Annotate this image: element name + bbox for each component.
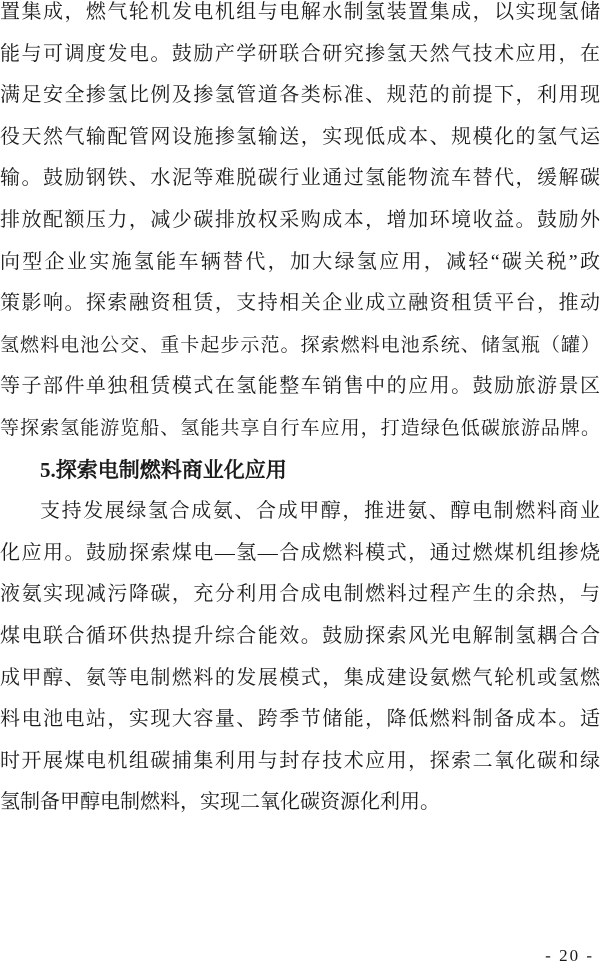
text-line: 策影响。探索融资租赁，支持相关企业成立融资租赁平台，推动 [0, 283, 600, 325]
text-line: 等子部件单独租赁模式在氢能整车销售中的应用。鼓励旅游景区 [0, 366, 600, 408]
text-line: 排放配额压力，减少碳排放权采购成本，增加环境收益。鼓励外 [0, 200, 600, 242]
page-number: - 20 - [545, 946, 594, 966]
text-line: 氢燃料电池公交、重卡起步示范。探索燃料电池系统、储氢瓶（罐） [0, 325, 600, 367]
text-line: 置集成，燃气轮机发电机组与电解水制氢装置集成，以实现氢储 [0, 0, 600, 34]
text-line: 煤电联合循环供热提升综合能效。鼓励探索风光电解制氢耦合合 [0, 616, 600, 658]
document-text-block: 置集成，燃气轮机发电机组与电解水制氢装置集成，以实现氢储 能与可调度发电。鼓励产… [0, 0, 600, 824]
text-line: 役天然气输配管网设施掺氢输送，实现低成本、规模化的氢气运 [0, 117, 600, 159]
text-line: 成甲醇、氨等电制燃料的发展模式，集成建设氨燃气轮机或氢燃 [0, 658, 600, 700]
text-line: 料电池电站，实现大容量、跨季节储能，降低燃料制备成本。适 [0, 699, 600, 741]
text-line: 向型企业实施氢能车辆替代，加大绿氢应用，减轻“碳关税”政 [0, 242, 600, 284]
text-line: 氢制备甲醇电制燃料，实现二氧化碳资源化利用。 [0, 782, 600, 824]
text-line: 输。鼓励钢铁、水泥等难脱碳行业通过氢能物流车替代，缓解碳 [0, 158, 600, 200]
text-line: 能与可调度发电。鼓励产学研联合研究掺氢天然气技术应用，在 [0, 34, 600, 76]
document-page: 置集成，燃气轮机发电机组与电解水制氢装置集成，以实现氢储 能与可调度发电。鼓励产… [0, 0, 600, 971]
text-line: 化应用。鼓励探索煤电—氢—合成燃料模式，通过燃煤机组掺烧 [0, 533, 600, 575]
text-line: 等探索氢能游览船、氢能共享自行车应用，打造绿色低碳旅游品牌。 [0, 408, 600, 450]
text-line: 时开展煤电机组碳捕集利用与封存技术应用，探索二氧化碳和绿 [0, 741, 600, 783]
text-line: 支持发展绿氢合成氨、合成甲醇，推进氨、醇电制燃料商业 [0, 491, 600, 533]
section-heading: 5.探索电制燃料商业化应用 [0, 450, 600, 492]
text-line: 液氨实现减污降碳，充分利用合成电制燃料过程产生的余热，与 [0, 574, 600, 616]
text-line: 满足安全掺氢比例及掺氢管道各类标准、规范的前提下，利用现 [0, 75, 600, 117]
